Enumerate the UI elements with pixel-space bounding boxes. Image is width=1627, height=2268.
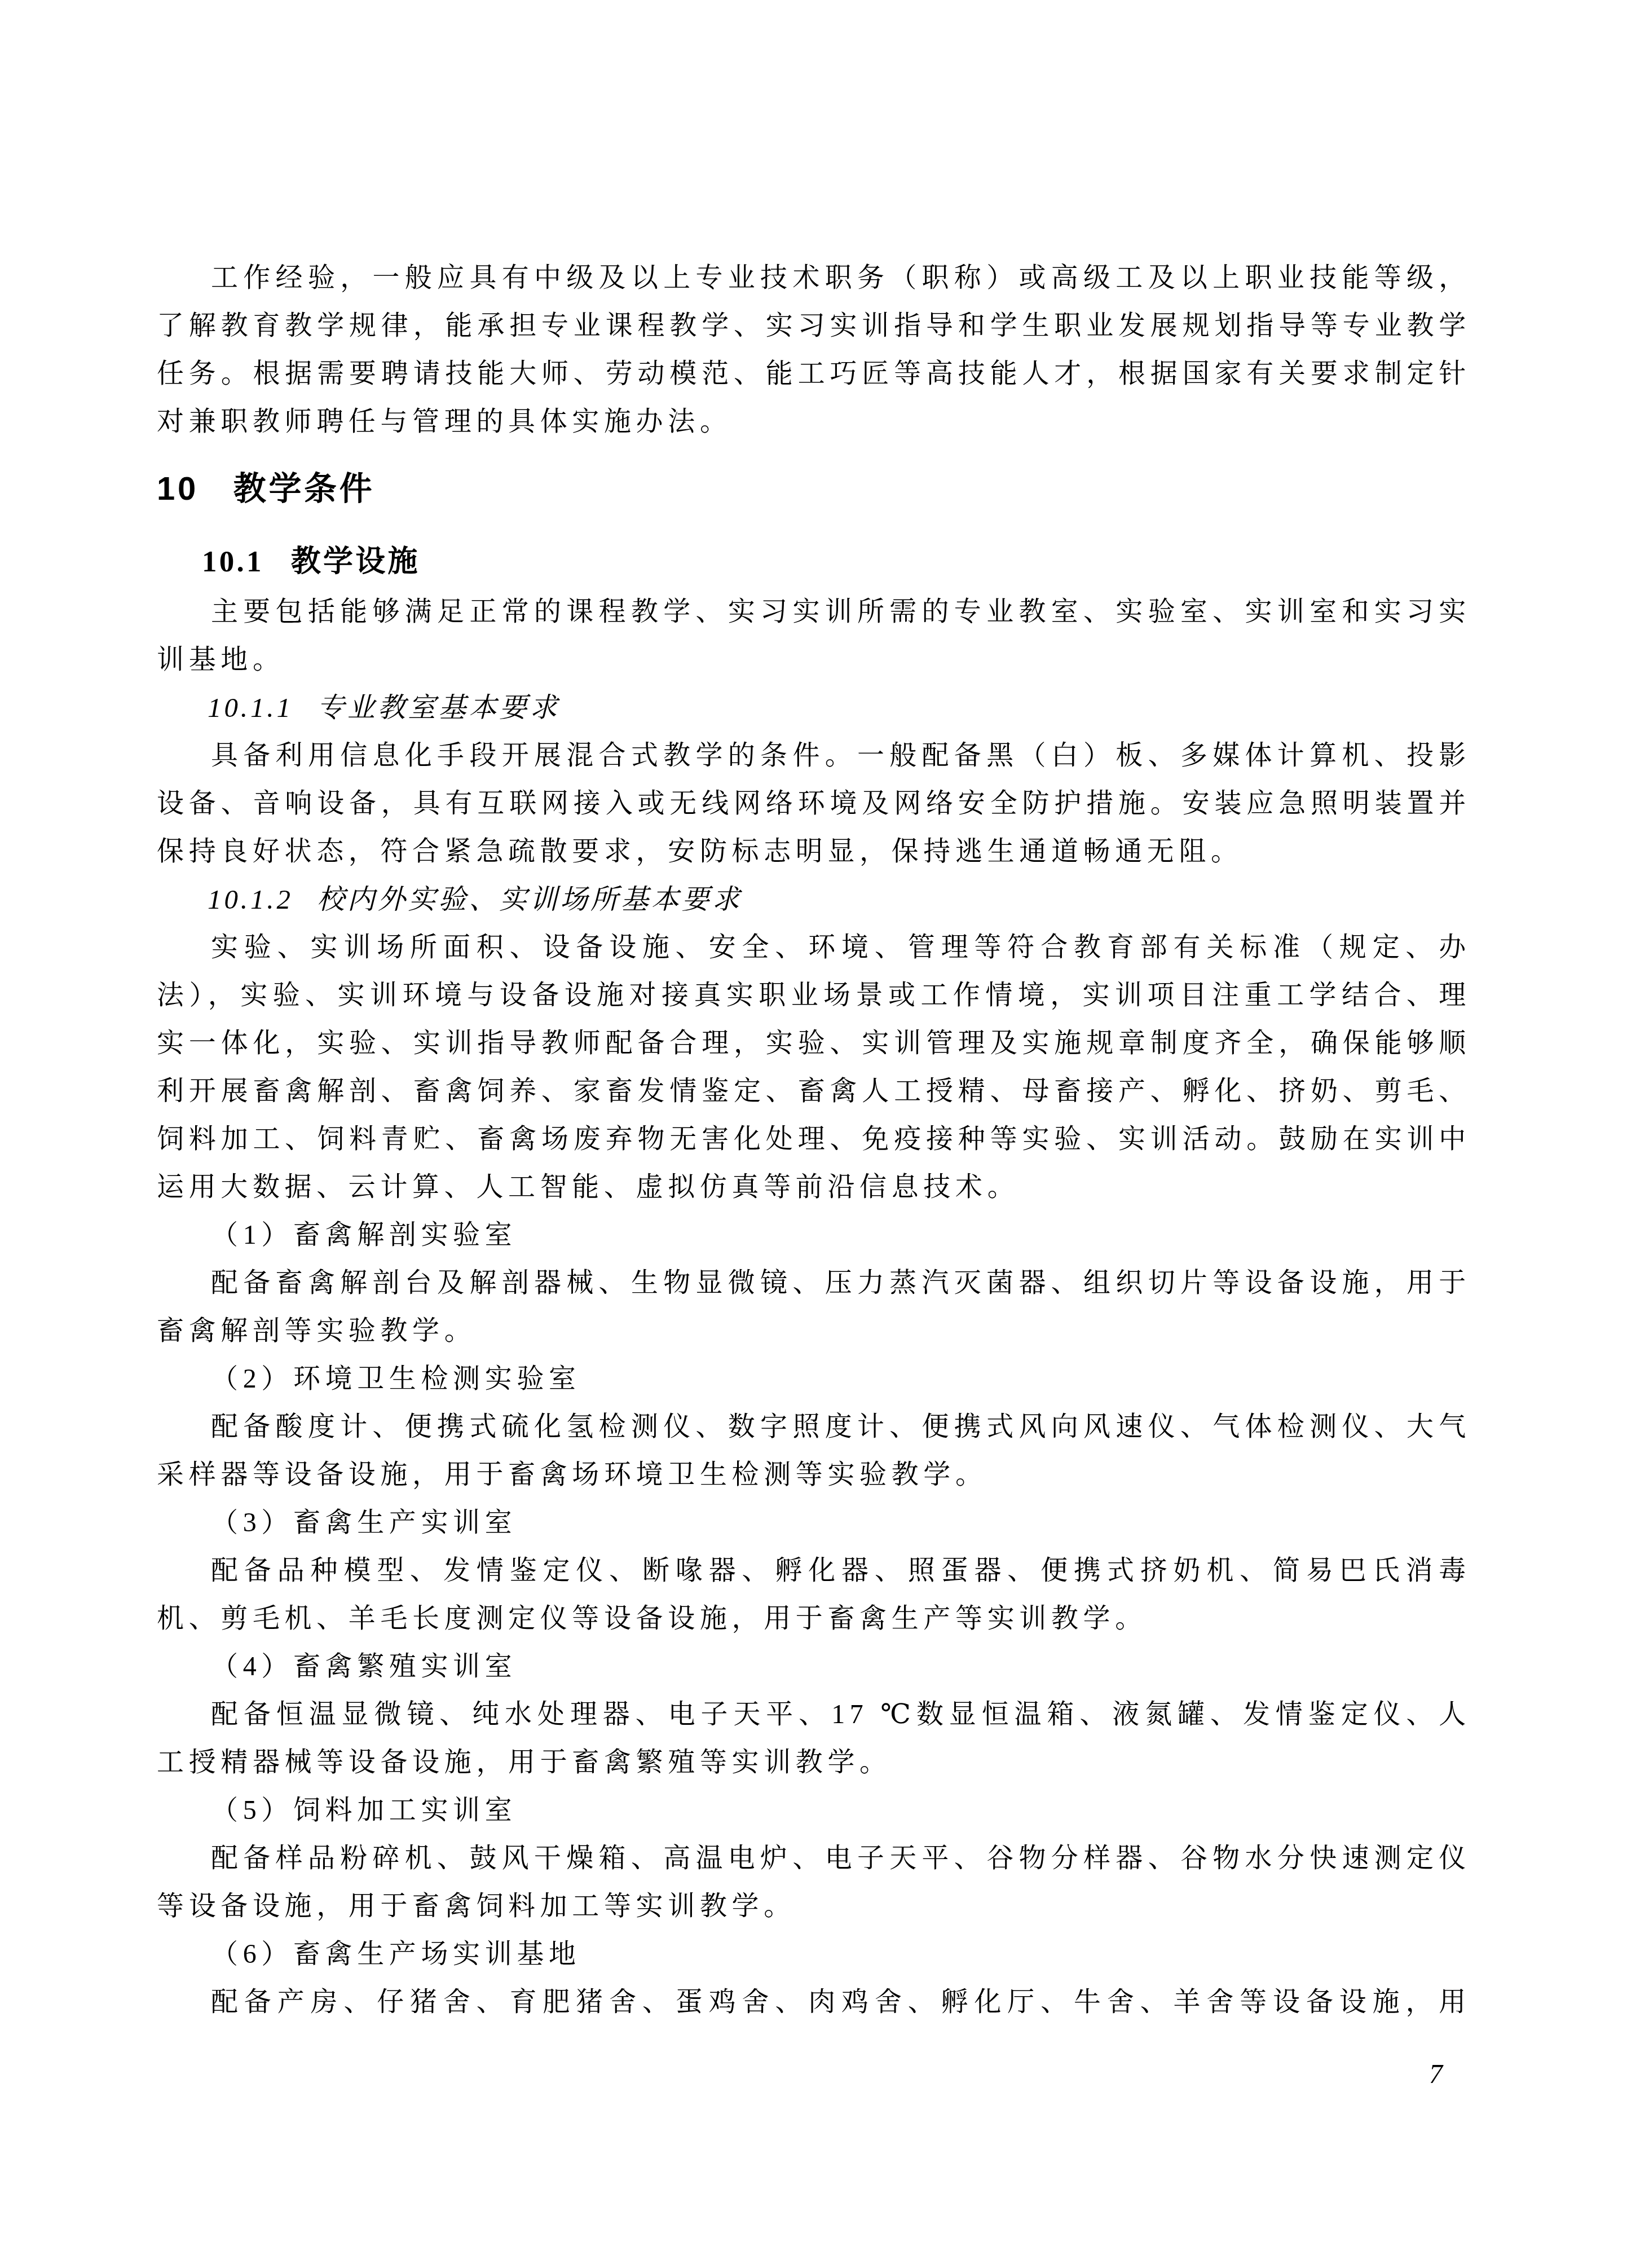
subsection-heading: 10.1教学设施 xyxy=(157,536,1471,588)
facility-label: （5）饲料加工实训室 xyxy=(157,1786,1471,1834)
clause-2-body-paragraph: 实验、实训场所面积、设备设施、安全、环境、管理等符合教育部有关标准（规定、办法）… xyxy=(157,923,1471,1211)
subsection-number: 10.1 xyxy=(202,545,264,578)
facility-label: （3）畜禽生产实训室 xyxy=(157,1499,1471,1547)
facility-item: （3）畜禽生产实训室 配备品种模型、发情鉴定仪、断喙器、孵化器、照蛋器、便携式挤… xyxy=(157,1499,1471,1642)
facility-label: （6）畜禽生产场实训基地 xyxy=(157,1930,1471,1978)
facility-label: （4）畜禽繁殖实训室 xyxy=(157,1642,1471,1690)
facility-description: 配备恒温显微镜、纯水处理器、电子天平、17 ℃数显恒温箱、液氮罐、发情鉴定仪、人… xyxy=(157,1690,1471,1786)
facility-item: （5）饲料加工实训室 配备样品粉碎机、鼓风干燥箱、高温电炉、电子天平、谷物分样器… xyxy=(157,1786,1471,1930)
facility-description: 配备样品粉碎机、鼓风干燥箱、高温电炉、电子天平、谷物分样器、谷物水分快速测定仪等… xyxy=(157,1834,1471,1930)
subsection-title: 教学设施 xyxy=(291,545,420,578)
facility-description: 配备畜禽解剖台及解剖器械、生物显微镜、压力蒸汽灭菌器、组织切片等设备设施，用于畜… xyxy=(157,1259,1471,1355)
facility-item: （2）环境卫生检测实验室 配备酸度计、便携式硫化氢检测仪、数字照度计、便携式风向… xyxy=(157,1355,1471,1499)
subsection-intro-paragraph: 主要包括能够满足正常的课程教学、实习实训所需的专业教室、实验室、实训室和实习实训… xyxy=(157,588,1471,684)
clause-1-heading: 10.1.1专业教室基本要求 xyxy=(157,684,1471,732)
facility-item: （1）畜禽解剖实验室 配备畜禽解剖台及解剖器械、生物显微镜、压力蒸汽灭菌器、组织… xyxy=(157,1211,1471,1355)
clause-1-body-paragraph: 具备利用信息化手段开展混合式教学的条件。一般配备黑（白）板、多媒体计算机、投影设… xyxy=(157,732,1471,875)
facility-description: 配备产房、仔猪舍、育肥猪舍、蛋鸡舍、肉鸡舍、孵化厅、牛舍、羊舍等设备设施，用 xyxy=(157,1978,1471,2026)
clause-2-heading: 10.1.2校内外实验、实训场所基本要求 xyxy=(157,875,1471,923)
clause-2-number: 10.1.2 xyxy=(208,884,293,915)
page-content: 工作经验，一般应具有中级及以上专业技术职务（职称）或高级工及以上职业技能等级，了… xyxy=(157,254,1471,2026)
facility-item: （4）畜禽繁殖实训室 配备恒温显微镜、纯水处理器、电子天平、17 ℃数显恒温箱、… xyxy=(157,1642,1471,1786)
section-title: 教学条件 xyxy=(233,470,375,507)
facility-label: （1）畜禽解剖实验室 xyxy=(157,1211,1471,1259)
intro-paragraph: 工作经验，一般应具有中级及以上专业技术职务（职称）或高级工及以上职业技能等级，了… xyxy=(157,254,1471,446)
clause-2-title: 校内外实验、实训场所基本要求 xyxy=(317,884,743,915)
facility-label: （2）环境卫生检测实验室 xyxy=(157,1355,1471,1403)
facility-item: （6）畜禽生产场实训基地 配备产房、仔猪舍、育肥猪舍、蛋鸡舍、肉鸡舍、孵化厅、牛… xyxy=(157,1930,1471,2026)
section-heading: 10教学条件 xyxy=(157,458,1471,520)
clause-1-number: 10.1.1 xyxy=(208,692,293,723)
section-number: 10 xyxy=(157,470,199,507)
page-number: 7 xyxy=(1429,2058,1443,2091)
clause-1-title: 专业教室基本要求 xyxy=(317,692,560,723)
facility-description: 配备品种模型、发情鉴定仪、断喙器、孵化器、照蛋器、便携式挤奶机、简易巴氏消毒机、… xyxy=(157,1547,1471,1642)
document-page: 工作经验，一般应具有中级及以上专业技术职务（职称）或高级工及以上职业技能等级，了… xyxy=(0,0,1627,2268)
facility-description: 配备酸度计、便携式硫化氢检测仪、数字照度计、便携式风向风速仪、气体检测仪、大气采… xyxy=(157,1403,1471,1499)
